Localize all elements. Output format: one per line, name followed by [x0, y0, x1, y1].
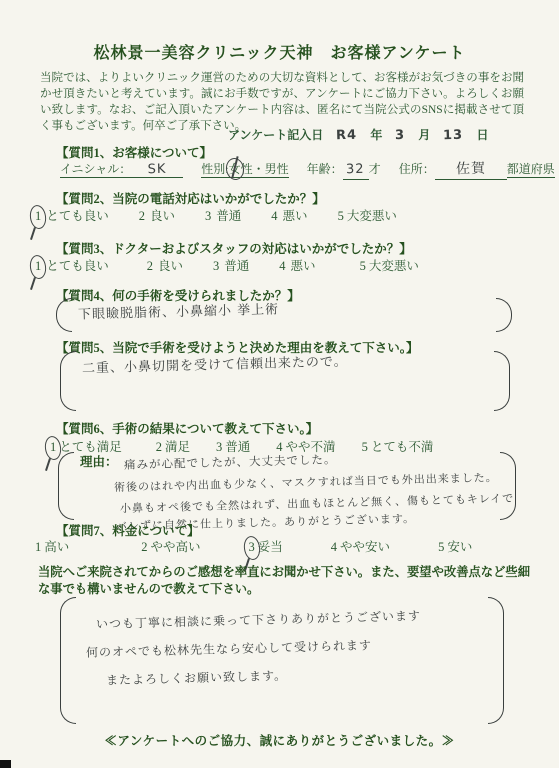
footer-thanks: ≪アンケートへのご協力、誠にありがとうございました。≫: [0, 731, 559, 749]
intro-paragraph: 当院では、よりよいクリニック運営のための大切な資料として、お客様がお気づきの事を…: [40, 70, 524, 134]
q1-title: 【質問1、お客様について】: [56, 143, 212, 161]
q7-option-1: 1高い: [35, 537, 69, 555]
bracket-right: [496, 298, 512, 332]
bracket-right: [500, 452, 516, 520]
q2-title: 【質問2、当院の電話対応はいかがでしたか？】: [56, 189, 325, 207]
address-field: 住所：佐賀都道府県: [399, 162, 555, 176]
feedback-line-2: 何のオペでも松林先生なら安心して受けられます: [86, 634, 484, 663]
q3-option-1: 1とても良い: [35, 256, 109, 274]
initial-field: イニシャル：SK: [60, 162, 183, 178]
scan-corner-artifact: [0, 760, 11, 768]
date-label: アンケート記入日: [228, 128, 323, 142]
address-label: 住所：: [399, 162, 435, 176]
date-day-suffix: 日: [477, 128, 489, 142]
feedback-line-3: またよろしくお願い致します。: [106, 663, 484, 692]
scanned-survey-page: 松林景一美容クリニック天神 お客様アンケート 当院では、よりよいクリニック運営の…: [0, 0, 559, 768]
q2-options-row: 1とても良い 2良い 3普通 4悪い 5大変悪い: [35, 206, 397, 224]
initial-value-handwritten: SK: [131, 161, 183, 178]
age-field: 年齢：32才: [307, 162, 381, 176]
q6-title: 【質問6、手術の結果について教えて下さい。】: [56, 419, 318, 437]
q7-option-5: 5安い: [438, 537, 472, 555]
bracket-left: [58, 452, 74, 520]
feedback-prompt: 当院へご来院されてからのご感想を率直にお聞かせ下さい。また、要望や改善点など些細…: [38, 564, 530, 598]
q4-answer-handwritten: 下眼瞼脱脂術、小鼻縮小 挙上術: [78, 302, 279, 323]
q5-answer-handwritten: 二重、小鼻切開を受けて信頼出来たので。: [82, 355, 348, 378]
age-label: 年齢：: [307, 162, 343, 176]
q3-title: 【質問3、ドクターおよびスタッフの対応はいかがでしたか？】: [56, 239, 412, 257]
date-day-handwritten: 13: [443, 128, 463, 144]
address-blank: 佐賀: [435, 161, 507, 180]
address-suffix: 都道府県: [507, 162, 555, 178]
bracket-left: [60, 597, 76, 724]
q7-option-4: 4やや安い: [331, 537, 390, 555]
q7-option-3: 3妥当: [249, 537, 283, 555]
q3-option-3: 3普通: [213, 256, 249, 274]
initial-label: イニシャル：: [60, 162, 131, 176]
page-title: 松林景一美容クリニック天神 お客様アンケート: [0, 40, 559, 63]
date-month-suffix: 月: [418, 128, 430, 142]
gender-field: 性別:女性・男性: [201, 162, 288, 178]
q7-option-2: 2やや高い: [141, 537, 200, 555]
q4-answer-box: 下眼瞼脱脂術、小鼻縮小 挙上術: [56, 298, 512, 332]
q2-option-5: 5大変悪い: [338, 206, 397, 224]
date-year-suffix: 年: [370, 128, 382, 142]
q1-fields-row: イニシャル：SK 性別:女性・男性 年齢：32才 住所：佐賀都道府県: [60, 160, 555, 180]
q6-reason-line-2: 術後のはれや内出血も少なく、マスクすれば当日でも外出出来ました。: [114, 474, 496, 491]
age-value-handwritten: 32: [346, 162, 365, 178]
q2-option-1: 1とても良い: [35, 206, 109, 224]
gender-label: 性別:: [201, 162, 228, 176]
q3-option-5: 5大変悪い: [360, 256, 419, 274]
age-blank: 32: [343, 162, 369, 180]
feedback-answer-box: いつも丁寧に相談に乗って下さりありがとうございます 何のオペでも松林先生なら安心…: [60, 597, 504, 724]
date-month-handwritten: 3: [395, 128, 405, 144]
q3-options-row: 1とても良い 2良い 3普通 4悪い 5大変悪い: [35, 256, 419, 274]
bracket-left: [60, 351, 76, 411]
q3-option-4: 4悪い: [279, 256, 315, 274]
q6-reason-box: 理由：痛みが心配でしたが、大丈夫でした。 術後のはれや内出血も少なく、マスクすれ…: [58, 452, 516, 520]
gender-selected-circle: 女: [229, 160, 241, 177]
q3-option-2: 2良い: [147, 256, 183, 274]
q2-option-3: 3普通: [205, 206, 241, 224]
q6-reason-line-3: 小鼻もオペ後でも全然はれず、出血もほとんど無く、傷もとてもキレイで: [120, 495, 496, 512]
bracket-right: [494, 351, 510, 411]
gender-options: 性・男性: [241, 162, 289, 176]
q5-answer-box: 二重、小鼻切開を受けて信頼出来たので。: [60, 351, 510, 411]
q6-reason-line-1: 理由：痛みが心配でしたが、大丈夫でした。: [80, 454, 496, 471]
bracket-right: [488, 597, 504, 724]
age-suffix: 才: [369, 162, 381, 176]
date-era-handwritten: R4: [336, 128, 357, 144]
survey-date-row: アンケート記入日 R4 年 3 月 13 日: [228, 126, 489, 144]
reason-label: 理由：: [80, 455, 118, 469]
q7-options-row: 1高い 2やや高い 3妥当 4やや安い 5安い: [35, 537, 472, 555]
address-value-handwritten: 佐賀: [455, 161, 485, 179]
q2-option-2: 2良い: [139, 206, 175, 224]
bracket-left: [56, 298, 72, 332]
feedback-line-1: いつも丁寧に相談に乗って下さりありがとうございます: [96, 605, 484, 634]
q2-option-4: 4悪い: [271, 206, 307, 224]
